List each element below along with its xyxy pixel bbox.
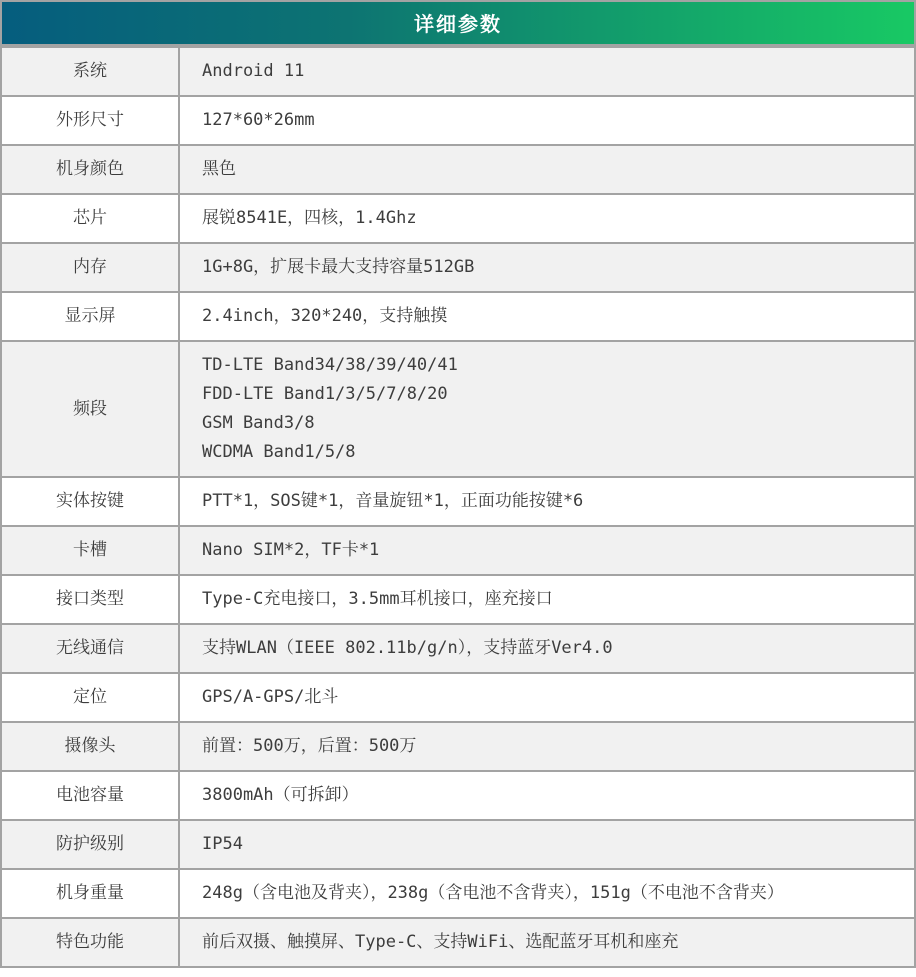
spec-value: 1G+8G，扩展卡最大支持容量512GB bbox=[179, 243, 915, 292]
spec-row-body-color: 机身颜色 黑色 bbox=[1, 145, 915, 194]
spec-label: 机身颜色 bbox=[1, 145, 179, 194]
spec-row-memory: 内存 1G+8G，扩展卡最大支持容量512GB bbox=[1, 243, 915, 292]
spec-row-features: 特色功能 前后双摄、触摸屏、Type-C、支持WiFi、选配蓝牙耳机和座充 bbox=[1, 918, 915, 967]
spec-sheet: 详细参数 系统 Android 11 外形尺寸 127*60*26mm 机身颜色… bbox=[0, 0, 916, 968]
spec-label: 摄像头 bbox=[1, 722, 179, 771]
spec-value: Android 11 bbox=[179, 47, 915, 96]
spec-value: 前后双摄、触摸屏、Type-C、支持WiFi、选配蓝牙耳机和座充 bbox=[179, 918, 915, 967]
spec-label: 外形尺寸 bbox=[1, 96, 179, 145]
spec-label: 实体按键 bbox=[1, 477, 179, 526]
spec-value: GPS/A-GPS/北斗 bbox=[179, 673, 915, 722]
spec-row-camera: 摄像头 前置：500万，后置：500万 bbox=[1, 722, 915, 771]
spec-row-card-slots: 卡槽 Nano SIM*2，TF卡*1 bbox=[1, 526, 915, 575]
spec-row-dimensions: 外形尺寸 127*60*26mm bbox=[1, 96, 915, 145]
spec-label: 系统 bbox=[1, 47, 179, 96]
spec-label: 防护级别 bbox=[1, 820, 179, 869]
spec-value: TD-LTE Band34/38/39/40/41 FDD-LTE Band1/… bbox=[179, 341, 915, 477]
spec-value: 2.4inch，320*240，支持触摸 bbox=[179, 292, 915, 341]
spec-label: 定位 bbox=[1, 673, 179, 722]
table-title: 详细参数 bbox=[0, 0, 916, 46]
spec-value: 黑色 bbox=[179, 145, 915, 194]
spec-value: PTT*1，SOS键*1，音量旋钮*1，正面功能按键*6 bbox=[179, 477, 915, 526]
spec-value: 支持WLAN（IEEE 802.11b/g/n），支持蓝牙Ver4.0 bbox=[179, 624, 915, 673]
spec-row-physical-keys: 实体按键 PTT*1，SOS键*1，音量旋钮*1，正面功能按键*6 bbox=[1, 477, 915, 526]
spec-row-wireless: 无线通信 支持WLAN（IEEE 802.11b/g/n），支持蓝牙Ver4.0 bbox=[1, 624, 915, 673]
spec-row-chipset: 芯片 展锐8541E，四核，1.4Ghz bbox=[1, 194, 915, 243]
spec-row-bands: 频段 TD-LTE Band34/38/39/40/41 FDD-LTE Ban… bbox=[1, 341, 915, 477]
spec-value: 127*60*26mm bbox=[179, 96, 915, 145]
spec-value: Type-C充电接口，3.5mm耳机接口，座充接口 bbox=[179, 575, 915, 624]
spec-value: Nano SIM*2，TF卡*1 bbox=[179, 526, 915, 575]
spec-value: 展锐8541E，四核，1.4Ghz bbox=[179, 194, 915, 243]
spec-value: 3800mAh（可拆卸） bbox=[179, 771, 915, 820]
spec-table: 详细参数 系统 Android 11 外形尺寸 127*60*26mm 机身颜色… bbox=[0, 0, 916, 968]
spec-label: 卡槽 bbox=[1, 526, 179, 575]
spec-value: 前置：500万，后置：500万 bbox=[179, 722, 915, 771]
spec-label: 频段 bbox=[1, 341, 179, 477]
spec-label: 电池容量 bbox=[1, 771, 179, 820]
spec-row-weight: 机身重量 248g（含电池及背夹），238g（含电池不含背夹），151g（不电池… bbox=[1, 869, 915, 918]
spec-label: 特色功能 bbox=[1, 918, 179, 967]
spec-label: 内存 bbox=[1, 243, 179, 292]
spec-label: 芯片 bbox=[1, 194, 179, 243]
spec-label: 机身重量 bbox=[1, 869, 179, 918]
spec-row-battery: 电池容量 3800mAh（可拆卸） bbox=[1, 771, 915, 820]
spec-row-protection-rating: 防护级别 IP54 bbox=[1, 820, 915, 869]
spec-value: IP54 bbox=[179, 820, 915, 869]
spec-value: 248g（含电池及背夹），238g（含电池不含背夹），151g（不电池不含背夹） bbox=[179, 869, 915, 918]
spec-label: 显示屏 bbox=[1, 292, 179, 341]
spec-row-positioning: 定位 GPS/A-GPS/北斗 bbox=[1, 673, 915, 722]
spec-label: 接口类型 bbox=[1, 575, 179, 624]
spec-label: 无线通信 bbox=[1, 624, 179, 673]
spec-row-display: 显示屏 2.4inch，320*240，支持触摸 bbox=[1, 292, 915, 341]
spec-row-ports: 接口类型 Type-C充电接口，3.5mm耳机接口，座充接口 bbox=[1, 575, 915, 624]
spec-row-system: 系统 Android 11 bbox=[1, 47, 915, 96]
